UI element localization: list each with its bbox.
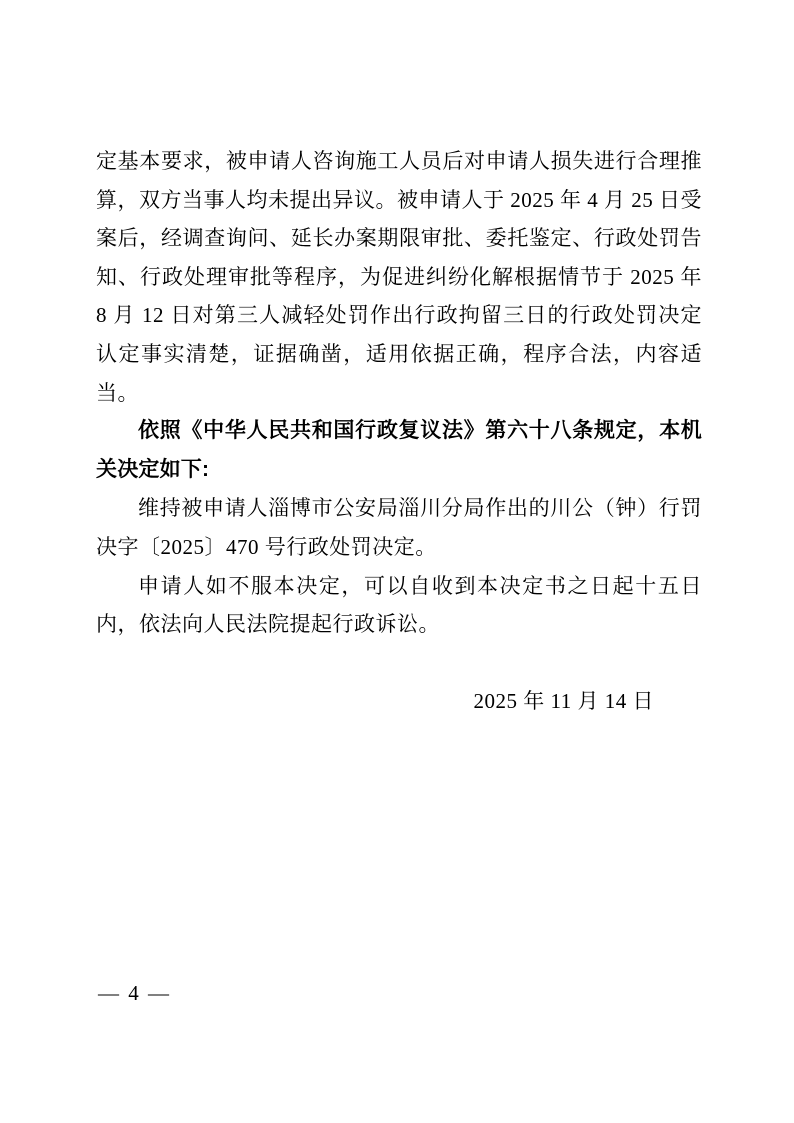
date-line: 2025 年 11 月 14 日 (96, 682, 702, 721)
paragraph-case-review-continuation: 定基本要求，被申请人咨询施工人员后对申请人损失进行合理推算，双方当事人均未提出异… (96, 142, 702, 412)
paragraph-decision-result: 维持被申请人淄博市公安局淄川分局作出的川公（钟）行罚决字〔2025〕470 号行… (96, 489, 702, 566)
paragraph-decision-basis: 依照《中华人民共和国行政复议法》第六十八条规定，本机关决定如下: (96, 412, 702, 489)
page-number: — 4 — (98, 981, 171, 1005)
document-page: 定基本要求，被申请人咨询施工人员后对申请人损失进行合理推算，双方当事人均未提出异… (0, 0, 794, 1123)
document-body: 定基本要求，被申请人咨询施工人员后对申请人损失进行合理推算，双方当事人均未提出异… (96, 142, 702, 721)
paragraph-appeal-rights: 申请人如不服本决定，可以自收到本决定书之日起十五日内，依法向人民法院提起行政诉讼… (96, 567, 702, 644)
